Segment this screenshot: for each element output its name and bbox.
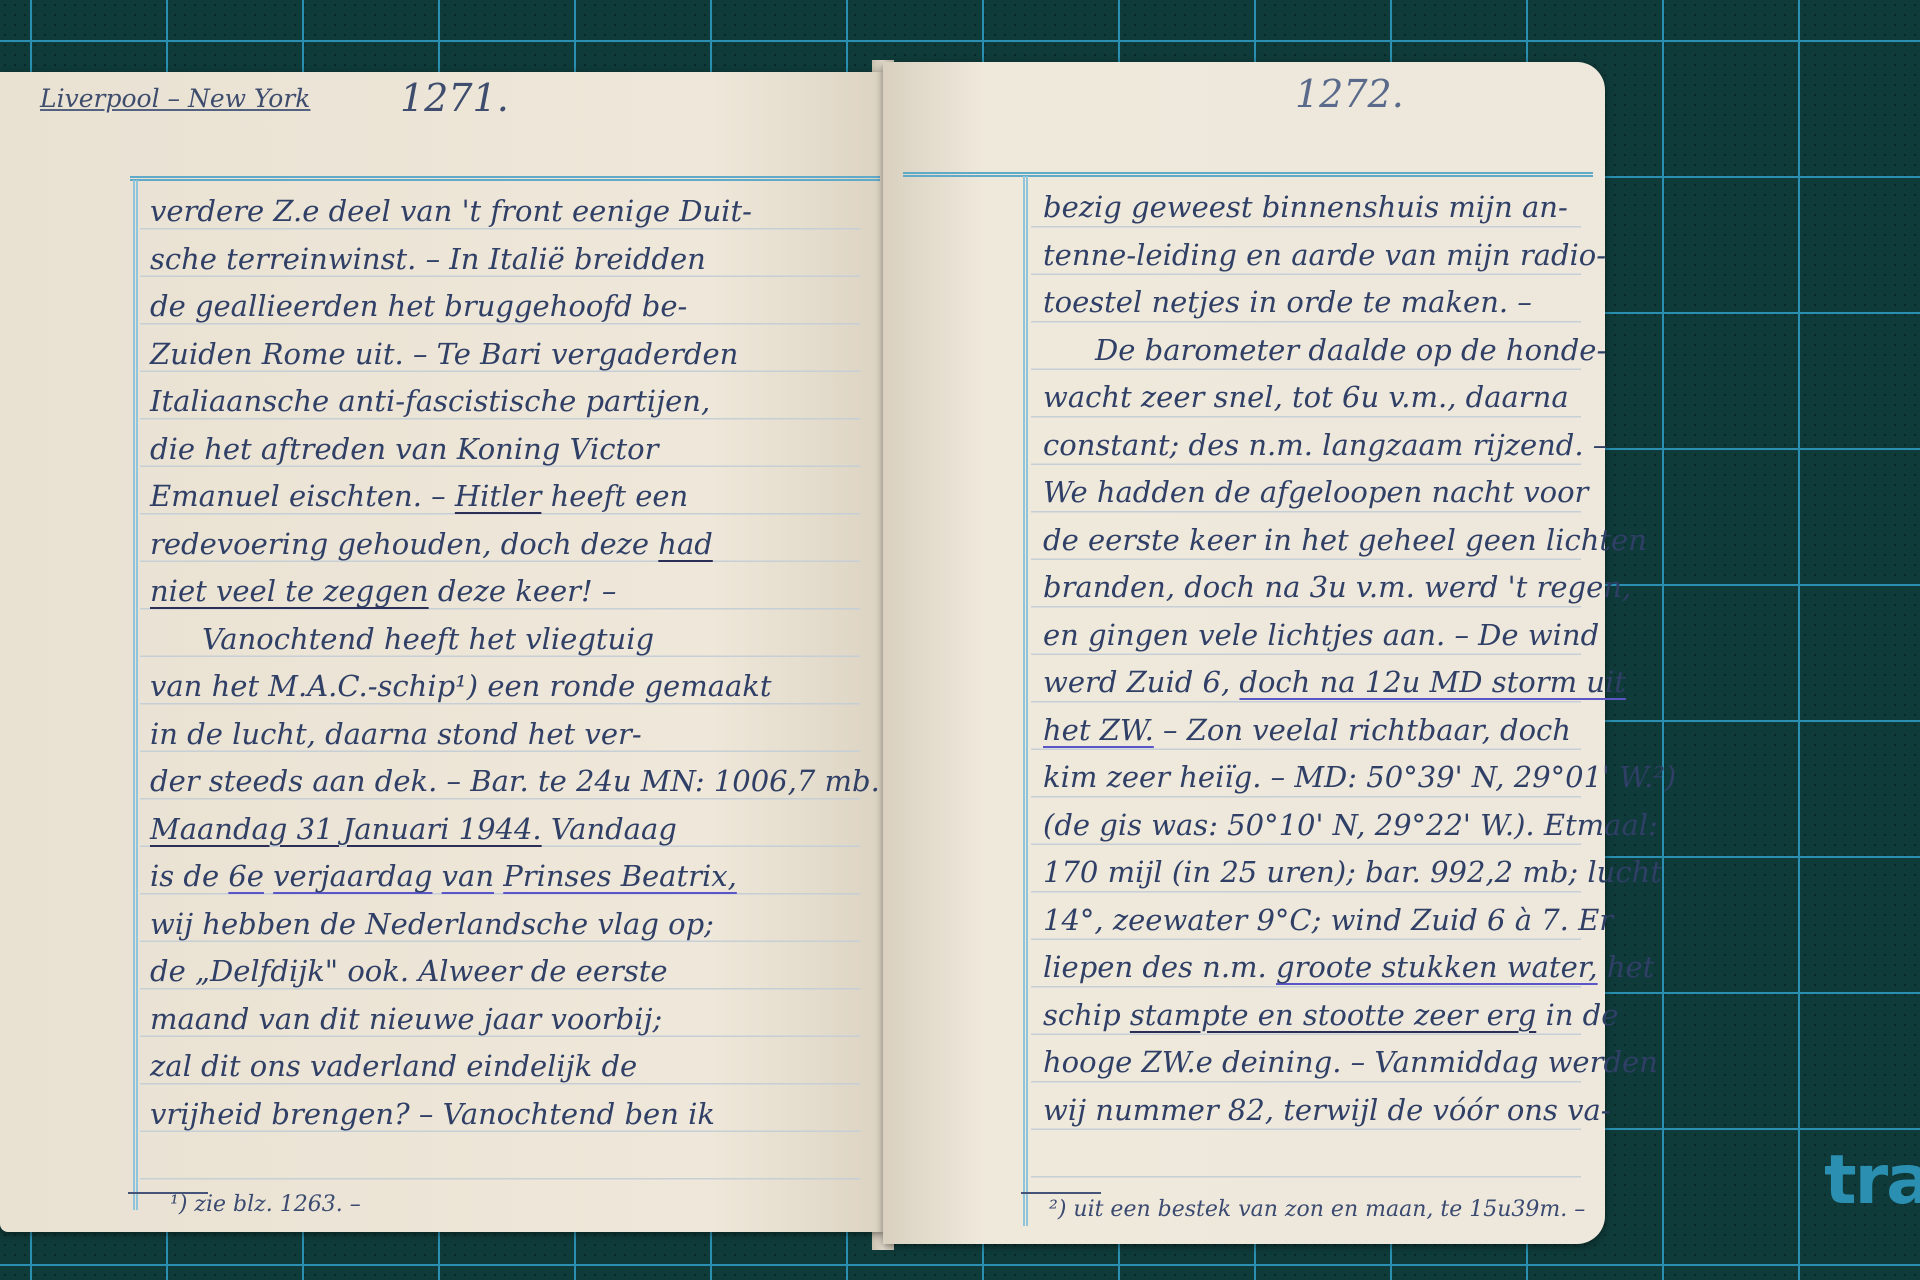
underlined-phrase: niet veel te zeggen (150, 574, 429, 608)
text-line: Vanochtend heeft het vliegtuig (150, 616, 880, 664)
text-line: in de lucht, daarna stond het ver- (150, 711, 880, 759)
underlined-phrase: groote stukken water, (1276, 950, 1598, 984)
text-line: (de gis was: 50°10' N, 29°22' W.). Etmaa… (1043, 802, 1676, 850)
text-line: We hadden de afgeloopen nacht voor (1043, 469, 1676, 517)
text-line: constant; des n.m. langzaam rijzend. – (1043, 422, 1676, 470)
underlined-word: van (442, 859, 494, 893)
text-line: van het M.A.C.-schip¹) een ronde gemaakt (150, 663, 880, 711)
underlined-word: had (658, 527, 713, 561)
text-segment: – Zon veelal richtbaar, doch (1154, 713, 1571, 747)
text-segment: heeft een (541, 479, 688, 513)
text-line: niet veel te zeggen deze keer! – (150, 568, 880, 616)
text-line: maand van dit nieuwe jaar voorbij; (150, 996, 880, 1044)
text-segment: is de (150, 859, 219, 893)
text-segment: schip (1043, 998, 1121, 1032)
footnote: ¹) zie blz. 1263. – (170, 1192, 361, 1217)
text-line: 14°, zeewater 9°C; wind Zuid 6 à 7. Er (1043, 897, 1676, 945)
text-line: Maandag 31 Januari 1944. Vandaag (150, 806, 880, 854)
text-line: Zuiden Rome uit. – Te Bari vergaderden (150, 331, 880, 379)
text-line: verdere Z.e deel van 't front eenige Dui… (150, 188, 880, 236)
footnote-rule (1021, 1192, 1101, 1194)
route-header: Liverpool – New York (40, 84, 310, 113)
text-line: De barometer daalde op de honde- (1043, 327, 1676, 375)
text-segment: redevoering gehouden, doch deze (150, 527, 649, 561)
text-line: is de 6e verjaardag van Prinses Beatrix, (150, 853, 880, 901)
text-line: der steeds aan dek. – Bar. te 24u MN: 10… (150, 758, 880, 806)
text-line: en gingen vele lichtjes aan. – De wind (1043, 612, 1676, 660)
text-line: tenne-leiding en aarde van mijn radio- (1043, 232, 1676, 280)
text-segment: liepen des n.m. (1043, 950, 1267, 984)
text-line: zal dit ons vaderland eindelijk de (150, 1043, 880, 1091)
underlined-name-beatrix: Prinses Beatrix, (503, 859, 737, 893)
text-line: hooge ZW.e deining. – Vanmiddag werden (1043, 1039, 1676, 1087)
header-double-rule (903, 172, 1593, 177)
text-line: Emanuel eischten. – Hitler heeft een (150, 473, 880, 521)
handwritten-text: verdere Z.e deel van 't front eenige Dui… (150, 188, 880, 1138)
underlined-phrase: stampte en stootte zeer erg (1130, 998, 1536, 1032)
text-line: Italiaansche anti-fascistische partijen, (150, 378, 880, 426)
margin-double-rule (1023, 176, 1028, 1226)
text-line: wij hebben de Nederlandsche vlag op; (150, 901, 880, 949)
underlined-phrase: het ZW. (1043, 713, 1154, 747)
text-segment: in de (1536, 998, 1618, 1032)
text-segment: Vandaag (542, 812, 677, 846)
margin-double-rule (133, 180, 138, 1210)
notebook-page-right: 1272. bezig geweest binnenshuis mijn an-… (883, 62, 1605, 1244)
handwritten-text: bezig geweest binnenshuis mijn an- tenne… (1043, 184, 1676, 1134)
underlined-phrase-storm: doch na 12u MD storm uit (1239, 665, 1626, 699)
text-line: de geallieerden het bruggehoofd be- (150, 283, 880, 331)
page-number: 1272. (1295, 72, 1404, 116)
text-line: branden, doch na 3u v.m. werd 't regen, (1043, 564, 1676, 612)
notebook-page-left: Liverpool – New York 1271. verdere Z.e d… (0, 72, 886, 1232)
text-segment: Emanuel eischten. – (150, 479, 446, 513)
page-number: 1271. (400, 76, 509, 120)
text-segment: deze keer! – (429, 574, 617, 608)
text-segment: werd Zuid 6, (1043, 665, 1230, 699)
text-line: de eerste keer in het geheel geen lichte… (1043, 517, 1676, 565)
text-line: toestel netjes in orde te maken. – (1043, 279, 1676, 327)
text-line: liepen des n.m. groote stukken water, he… (1043, 944, 1676, 992)
text-line: sche terreinwinst. – In Italië breidden (150, 236, 880, 284)
underlined-word: 6e (228, 859, 264, 893)
text-segment: het (1598, 950, 1655, 984)
cutting-mat-brand-watermark: tra (1824, 1141, 1920, 1220)
text-line: kim zeer heiïg. – MD: 50°39' N, 29°01' W… (1043, 754, 1676, 802)
text-line: schip stampte en stootte zeer erg in de (1043, 992, 1676, 1040)
text-line: wij nummer 82, terwijl de vóór ons va- (1043, 1087, 1676, 1135)
date-heading: Maandag 31 Januari 1944. (150, 812, 542, 846)
text-line: die het aftreden van Koning Victor (150, 426, 880, 474)
text-line: wacht zeer snel, tot 6u v.m., daarna (1043, 374, 1676, 422)
text-line: vrijheid brengen? – Vanochtend ben ik (150, 1091, 880, 1139)
underlined-name-hitler: Hitler (455, 479, 542, 513)
text-line: werd Zuid 6, doch na 12u MD storm uit (1043, 659, 1676, 707)
text-line: 170 mijl (in 25 uren); bar. 992,2 mb; lu… (1043, 849, 1676, 897)
text-line: bezig geweest binnenshuis mijn an- (1043, 184, 1676, 232)
footnote: ²) uit een bestek van zon en maan, te 15… (1049, 1197, 1585, 1222)
underlined-word: verjaardag (273, 859, 432, 893)
header-double-rule (130, 176, 880, 181)
text-line: redevoering gehouden, doch deze had (150, 521, 880, 569)
text-line: de „Delfdijk" ook. Alweer de eerste (150, 948, 880, 996)
text-line: het ZW. – Zon veelal richtbaar, doch (1043, 707, 1676, 755)
